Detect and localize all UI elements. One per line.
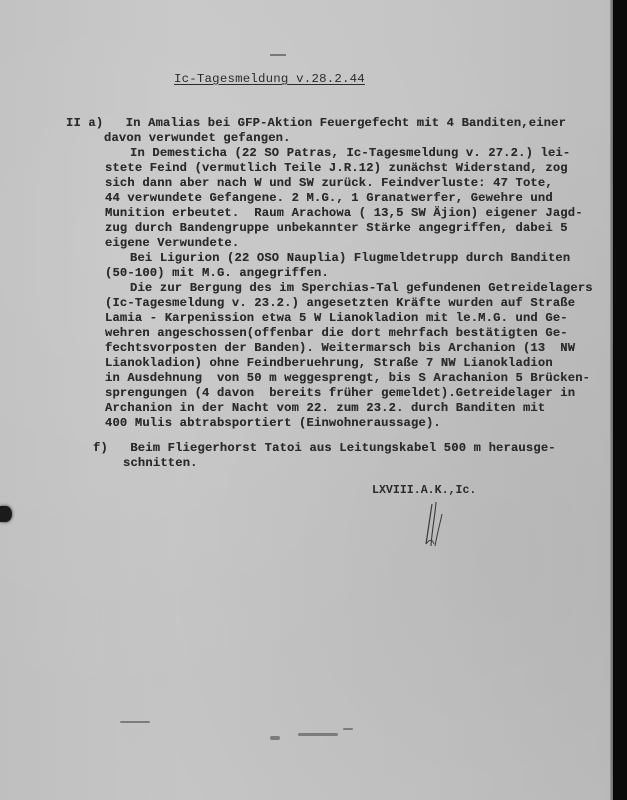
ink-mark (270, 54, 286, 56)
text-line: davon verwundet gefangen. (104, 131, 291, 146)
ink-smudge (270, 736, 280, 740)
text-line: Munition erbeutet. Raum Arachowa ( 13,5 … (105, 206, 583, 221)
handwritten-signature (420, 500, 460, 550)
text-line: in Ausdehnung von 50 m weggesprengt, bis… (105, 371, 590, 386)
punch-hole (0, 506, 12, 522)
text-line: Die zur Bergung des im Sperchias-Tal gef… (130, 281, 593, 296)
text-line: fechtsvorposten der Banden). Weitermarsc… (105, 341, 575, 356)
text-line: Lianokladion) ohne Feindberuehrung, Stra… (105, 356, 553, 371)
text-line: In Demesticha (22 SO Patras, Ic-Tagesmel… (130, 146, 570, 161)
text-line: sich dann aber nach W und SW zurück. Fei… (105, 176, 553, 191)
text-line: 400 Mulis abtrabsportiert (Einwohnerauss… (105, 416, 441, 431)
text-line: (Ic-Tagesmeldung v. 23.2.) angesetzten K… (105, 296, 575, 311)
text-line: Bei Ligurion (22 OSO Nauplia) Flugmeldet… (130, 251, 570, 266)
text-line: sprengungen (4 davon bereits früher geme… (105, 386, 575, 401)
scanned-document-page: Ic-Tagesmeldung v.28.2.44 II a) In Amali… (0, 0, 613, 800)
ink-smudge (120, 721, 150, 723)
text-line: II a) In Amalias bei GFP-Aktion Feuergef… (66, 116, 566, 131)
text-line: wehren angeschossen(offenbar die dort me… (105, 326, 568, 341)
text-line: (50-100) mit M.G. angegriffen. (105, 266, 329, 281)
text-line: zug durch Bandengruppe unbekannter Stärk… (105, 221, 568, 236)
ink-smudge (298, 733, 338, 736)
text-line: schnitten. (123, 456, 198, 471)
document-title: Ic-Tagesmeldung v.28.2.44 (174, 72, 365, 86)
text-line: stete Feind (vermutlich Teile J.R.12) zu… (105, 161, 568, 176)
text-line: f) Beim Fliegerhorst Tatoi aus Leitungsk… (93, 441, 556, 456)
text-line: eigene Verwundete. (105, 236, 239, 251)
text-line: Lamia - Karpenission etwa 5 W Lianokladi… (105, 311, 568, 326)
signature-block: LXVIII.A.K.,Ic. (372, 484, 476, 497)
text-line: 44 verwundete Gefangene. 2 M.G., 1 Grana… (105, 191, 553, 206)
text-line: Archanion in der Nacht vom 22. zum 23.2.… (105, 401, 545, 416)
ink-smudge (343, 728, 353, 730)
